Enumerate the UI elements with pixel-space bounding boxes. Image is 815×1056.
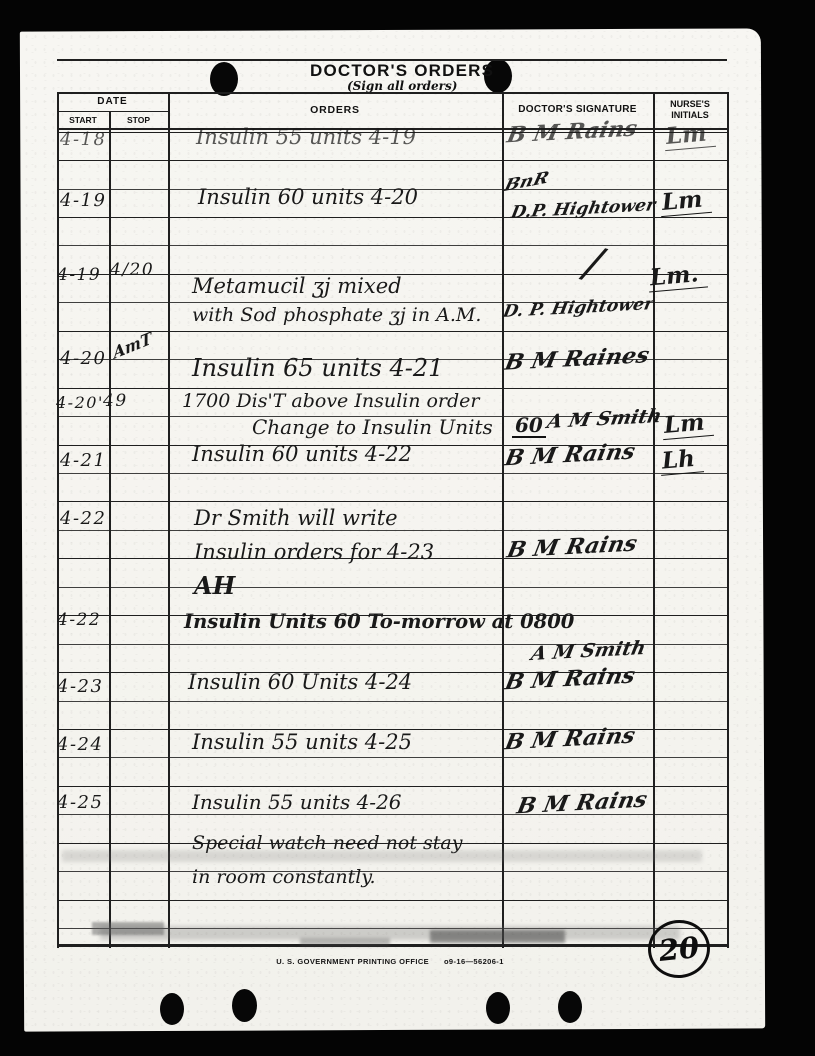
- entry-11-order-line-3: in room constantly.: [192, 868, 376, 887]
- grid-hline: [57, 473, 727, 474]
- column-header-start: START: [57, 115, 109, 125]
- entry-5-order-line-2: Change to Insulin Units: [252, 417, 493, 437]
- entry-9-order-line-1: Insulin 60 Units 4-24: [188, 672, 412, 693]
- grid-hline: [57, 111, 168, 112]
- entry-6-start-date: 4-21: [60, 452, 106, 470]
- entry-11-start-date: 4-25: [57, 794, 103, 812]
- grid-hline: [57, 757, 727, 758]
- grid-hline: [57, 701, 727, 702]
- punch-hole: [486, 992, 510, 1024]
- entry-7-order-line-2: Insulin orders for 4-23: [194, 542, 434, 563]
- entry-2-nurse-initials: Lm: [659, 187, 712, 217]
- entry-3-order-line-1: Metamucil ʒj mixed: [192, 276, 402, 297]
- grid-hline: [57, 814, 727, 815]
- entry-1-start-date: 4-18: [60, 131, 106, 149]
- entry-11-order-line-2: Special watch need not stay: [192, 834, 462, 853]
- grid-hline: [57, 331, 727, 332]
- punch-hole: [160, 993, 184, 1025]
- grid-vline: [168, 92, 170, 948]
- grid-vline: [653, 92, 655, 948]
- entry-8-start-date: 4-22: [57, 612, 101, 629]
- entry-2-order-line-1: Insulin 60 units 4-20: [198, 187, 418, 208]
- grid-hline: [57, 245, 727, 246]
- entry-7-doctor-signature: B M Rains: [505, 533, 639, 562]
- entry-1-doctor-signature: B M Rains: [505, 118, 639, 147]
- entry-3-order-line-2: with Sod phosphate ʒj in A.M.: [192, 306, 481, 325]
- grid-hline: [57, 59, 727, 61]
- entry-5-units-value: 60: [512, 415, 546, 438]
- grid-hline: [57, 587, 727, 588]
- grid-hline: [57, 944, 727, 947]
- form-title: DOCTOR'S ORDERS: [310, 61, 480, 81]
- entry-1-nurse-initials: Lm: [663, 121, 716, 151]
- entry-8-order-line-1: Insulin Units 60 To-morrow at 0800: [184, 612, 574, 632]
- grid-hline: [57, 160, 727, 161]
- grid-vline: [57, 92, 59, 948]
- column-header-nurses-initials-line2: INITIALS: [653, 110, 727, 120]
- entry-7-order-line-1: Dr Smith will write: [194, 508, 398, 529]
- grid-vline: [109, 111, 111, 948]
- entry-2-start-date: 4-19: [60, 192, 106, 210]
- entry-4-order-line-1: Insulin 65 units 4-21: [192, 356, 443, 380]
- entry-7-order-line-3: AH: [194, 574, 235, 598]
- entry-5-order-line-1: 1700 Dis'T above Insulin order: [182, 392, 480, 411]
- entry-9-start-date: 4-23: [57, 678, 103, 696]
- entry-1-order-line-1: Insulin 55 units 4-19: [196, 127, 416, 148]
- scanned-document: DOCTOR'S ORDERS (Sign all orders) DATE S…: [0, 0, 815, 1056]
- column-header-nurses-initials-line1: NURSE'S: [653, 99, 727, 109]
- entry-11-order-line-1: Insulin 55 units 4-26: [192, 792, 402, 812]
- grid-hline: [57, 928, 727, 929]
- entry-6-nurse-initials: Lh: [659, 446, 704, 476]
- entry-3-start-date: 4-19: [57, 267, 101, 284]
- entry-11-doctor-signature: B M Rains: [515, 789, 649, 818]
- column-header-date: DATE: [57, 96, 168, 107]
- column-header-stop: STOP: [109, 115, 168, 125]
- grid-hline: [57, 786, 727, 787]
- column-header-orders: ORDERS: [168, 104, 502, 116]
- entry-10-start-date: 4-24: [57, 736, 103, 754]
- grid-hline: [57, 92, 727, 94]
- entry-6-order-line-1: Insulin 60 units 4-22: [192, 444, 412, 465]
- entry-9-doctor-signature: B M Rains: [503, 665, 637, 694]
- grid-vline: [502, 92, 504, 948]
- grid-vline: [727, 92, 729, 948]
- entry-6-doctor-signature: B M Rains: [503, 441, 637, 470]
- printing-office-imprint: U. S. GOVERNMENT PRINTING OFFICE o9-16—5…: [190, 957, 590, 966]
- punch-hole: [558, 991, 582, 1023]
- entry-5-nurse-initials: Lm: [661, 410, 714, 440]
- punch-hole: [210, 62, 238, 96]
- entry-4-start-date: 4-20: [60, 350, 106, 368]
- grid-hline: [57, 388, 727, 389]
- form-subtitle: (Sign all orders): [347, 79, 457, 93]
- entry-5-start-date: 4-20': [56, 395, 104, 411]
- grid-hline: [57, 501, 727, 502]
- entry-3-nurse-initials: Lm.: [647, 261, 708, 292]
- entry-7-start-date: 4-22: [60, 510, 106, 528]
- entry-10-order-line-1: Insulin 55 units 4-25: [192, 732, 412, 753]
- page-number-value: 20: [657, 930, 701, 968]
- grid-hline: [57, 900, 727, 901]
- entry-10-doctor-signature: B M Rains: [503, 725, 637, 754]
- entry-5-stop-date: 49: [103, 393, 128, 410]
- punch-hole: [232, 989, 257, 1022]
- entry-3-stop-date: 4/20: [110, 262, 154, 279]
- column-header-doctors-signature: DOCTOR'S SIGNATURE: [502, 104, 653, 115]
- grid-hline: [57, 871, 727, 872]
- grid-hline: [57, 217, 727, 218]
